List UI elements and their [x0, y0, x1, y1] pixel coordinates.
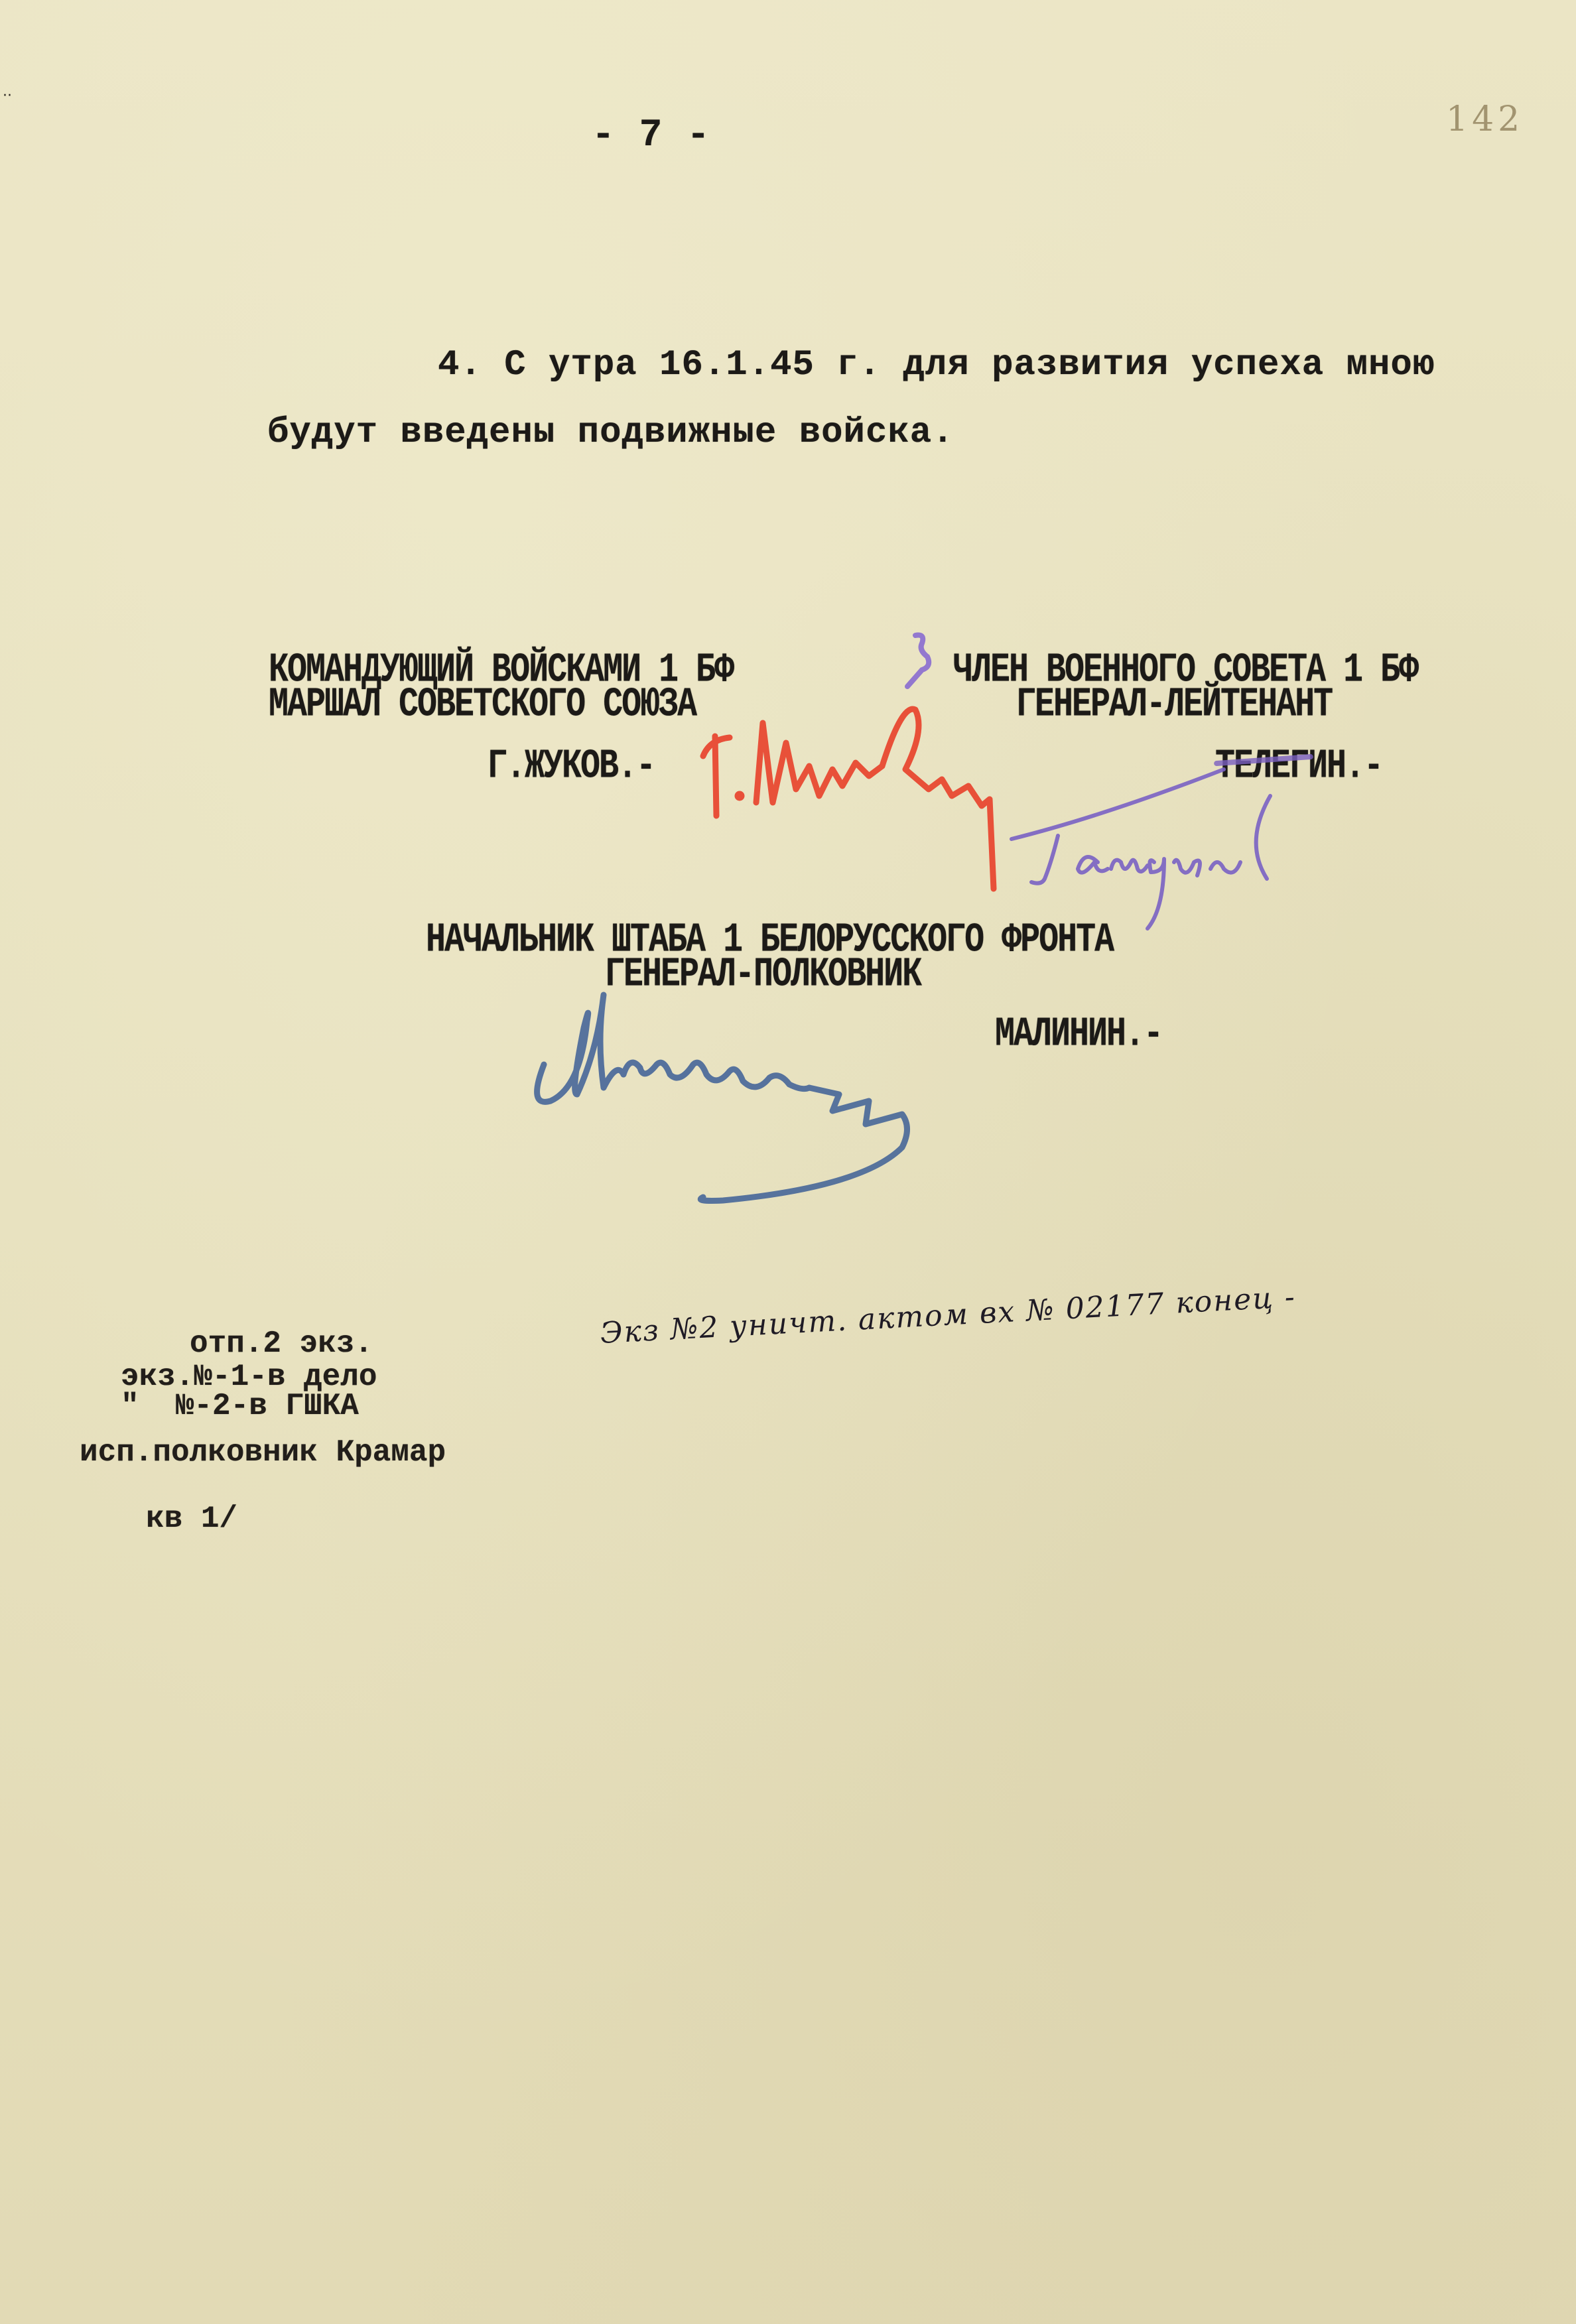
distribution-note-copies: отп.2 экз.	[190, 1326, 373, 1361]
distribution-note-copy-2: " №-2-в ГШКА	[121, 1389, 359, 1423]
zhukov-signature	[703, 690, 1035, 889]
purple-correction-mark	[902, 630, 955, 696]
malinin-signature	[531, 988, 1167, 1227]
corner-mark: ··	[3, 88, 12, 104]
commander-title-line-2: МАРШАЛ СОВЕТСКОГО СОЮЗА	[269, 681, 696, 728]
commander-name: Г.ЖУКОВ.-	[488, 743, 655, 790]
galadzhev-signature	[1005, 763, 1443, 935]
distribution-note-kv: кв 1/	[146, 1502, 237, 1536]
distribution-note-executor: исп.полковник Крамар	[80, 1435, 446, 1470]
council-member-title-line-2: ГЕНЕРАЛ-ЛЕЙТЕНАНТ	[1016, 681, 1332, 728]
paragraph-line-1: 4. С утра 16.1.45 г. для развития успеха…	[438, 345, 1435, 385]
paragraph-line-2: будут введены подвижные войска.	[267, 413, 954, 453]
page-number: - 7 -	[592, 114, 710, 157]
archive-folio-number: 142	[1446, 99, 1524, 139]
